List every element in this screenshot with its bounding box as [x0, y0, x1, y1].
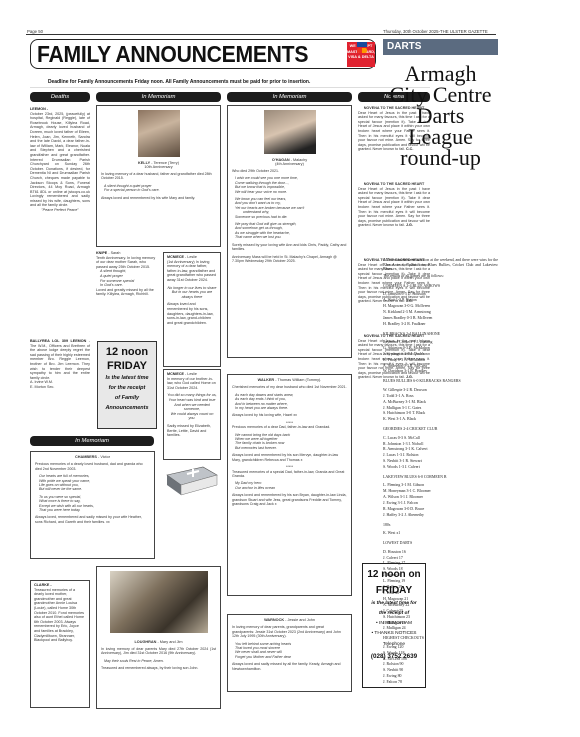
- death-notice-leemon: LEEMON - October 23rd, 2025, (peacefully…: [30, 107, 90, 213]
- notice-verse: May their souls Rest in Peace, Amen.: [101, 659, 216, 663]
- notice-body: - The W.M., Officers and Brethren of the…: [30, 339, 90, 380]
- verse-line: To us you were so special,: [39, 495, 81, 499]
- notice-name: BALLYREA LOL 309 LEEMON: [30, 339, 86, 343]
- notice-body: Tenth Anniversary. In loving memory of o…: [96, 256, 155, 269]
- notice-subname: - Sarah: [108, 251, 120, 255]
- notice-closing: Sorely missed by your loving wife Ann an…: [232, 243, 347, 252]
- verse-line: Your heart was kind and true: [169, 398, 216, 402]
- result-line: J. Falcon 78: [383, 680, 498, 686]
- result-group-title: CORMEEN A 2-4 BLUE ARROWS: [383, 284, 498, 290]
- novena-signature: J.G.: [406, 223, 413, 227]
- result-line: J. Haffey 3-2 J. Abernethy: [383, 513, 498, 519]
- notice-closing: Always loved and remembered by his son M…: [232, 453, 347, 462]
- couple-photo: [110, 571, 208, 633]
- memoriam-mcniece-1: MCNIECE - Leslie (1st Anniversary) In lo…: [163, 252, 221, 367]
- memoriam-warnock: WARNOCK - Jessie and John In loving memo…: [227, 614, 352, 692]
- verse-line: With pride we speak your name,: [39, 479, 90, 483]
- verse-line: But in our hearts you are always there: [172, 290, 212, 299]
- verse-line: You did so many things for us,: [167, 393, 216, 397]
- verse-line: We know you can feel our tears,: [235, 197, 286, 201]
- verse-line: A silent thought,: [100, 269, 126, 273]
- verse-line: My Dad my hero: [235, 481, 261, 485]
- portrait-photo: [138, 110, 180, 157]
- notice-closing: Sadly missed by Elizabeth, Bertie, Letti…: [167, 424, 217, 438]
- result-group-title: LAKEVIEW BLUES 6-0 CORMEEN B: [383, 475, 498, 481]
- verse-line: We pray that God will give us strength,: [235, 222, 296, 226]
- notice-name: LEEMON -: [30, 107, 48, 111]
- verse-line: Yet our hearts are broken because we can…: [235, 206, 304, 210]
- notice-body: October 23rd, 2025, (peacefully) at hosp…: [30, 112, 90, 208]
- memoriam-mcniece-2: MCNIECE - Leslie In memory of our brothe…: [163, 369, 221, 460]
- verse-line: For someone special: [100, 279, 134, 283]
- verse-line: I wish we could see you one more time,: [235, 176, 298, 180]
- memoriam-knipe: KNIPE - Sarah Tenth Anniversary. In lovi…: [96, 251, 156, 297]
- notice-name: CHAMBERS: [75, 455, 97, 459]
- mastercard-icon: [357, 48, 367, 53]
- notice-subname: - Thomas William (Tommy).: [275, 378, 321, 382]
- notice-subname: - Mary and Jim: [157, 640, 182, 644]
- verse-line: Except we wish with all our hearts,: [39, 504, 94, 508]
- result-line: H. Bradley 3-2 R. Faulkner: [383, 322, 498, 328]
- verse-line: understand why,: [235, 210, 269, 214]
- notice-body: In memory of our brother-in-law, who God…: [167, 377, 217, 391]
- result-line: K. West x1: [383, 531, 498, 537]
- notice-closing: Always loved by his loving wife, Hazel x…: [232, 413, 347, 417]
- notice-closing: Treasured and remembered always, by thei…: [101, 666, 216, 670]
- notice-subname: - Leslie: [185, 255, 197, 259]
- verse-line: As each day dawns and starts anew,: [235, 393, 293, 397]
- verse-line: As we struggle with the heartache,: [235, 231, 290, 235]
- visa-icon: [357, 42, 367, 47]
- verse-line: We cannot bring the old days back: [235, 433, 290, 437]
- promo-line: Announcements: [98, 403, 156, 413]
- result-line: S. Woods 1-3 J. Calvert: [383, 465, 498, 471]
- result-group-title: 180s: [383, 523, 498, 529]
- darts-headline: Armagh City Centre Darts League round-up: [383, 63, 498, 168]
- promo-line: 12 noon: [98, 345, 156, 359]
- result-line: K. West 3-1 A. Black: [383, 417, 498, 423]
- verse-line: And somehow get us through,: [235, 226, 283, 230]
- notice-name: KNIPE: [96, 251, 107, 255]
- notice-verse: "Peace Perfect Peace": [30, 208, 90, 213]
- notice-body: In loving memory of dear parents Mary di…: [101, 647, 216, 656]
- verse-line: A silent thought a quiet prayer: [104, 184, 152, 188]
- section-in-memoriam: In Memoriam: [227, 92, 352, 102]
- notice-body: Who died 29th October 2021.: [232, 169, 347, 173]
- verse-line: Come walking through the door...,: [235, 181, 289, 185]
- notice-closing: Loved and greatly missed by all the fami…: [96, 288, 154, 297]
- verse-line: And when we needed someone,: [174, 403, 209, 412]
- section-deaths: Deaths: [30, 92, 90, 102]
- verse-line: As each day ends I think of you,: [235, 397, 286, 401]
- result-group-title: GEORDIES 2-4 CRICKET CLUB: [383, 427, 498, 433]
- verse-line: The family chain is broken now: [235, 441, 284, 445]
- verse-line: Our hearts are full of memories,: [39, 474, 90, 478]
- verse-line: When we were all together: [235, 437, 278, 441]
- notice-subname: - Jessie and John: [285, 618, 315, 622]
- result-line: W. Davidson 3-1 R. Bradley: [383, 369, 498, 375]
- notice-body: Cherished memories of my dear husband wh…: [232, 385, 347, 389]
- result-line: J. Mulligan 24: [383, 626, 498, 632]
- verse-line: Our anchor in lifes ocean: [235, 486, 275, 490]
- promo-line: Is the latest time: [98, 373, 156, 383]
- notice-subname: - Leslie: [185, 372, 197, 376]
- memoriam-loughran: LOUGHRAN - Mary and Jim In loving memory…: [96, 566, 221, 709]
- card-logos: [357, 42, 367, 58]
- notice-body: Treasured memories of a dearly loved mot…: [34, 588, 84, 643]
- verse-line: For a special person in God's care.: [104, 188, 160, 192]
- verse-line: In God's care.: [100, 283, 123, 287]
- memoriam-walker: WALKER - Thomas William (Tommy). Cherish…: [227, 374, 352, 596]
- promo-line: for the receipt: [98, 383, 156, 393]
- header-rule: [26, 34, 496, 35]
- verse-line: In my heart you are always there.: [235, 406, 288, 410]
- verse-line: But we know that is impossible,: [235, 185, 285, 189]
- notice-body: (1st Anniversary) In loving memory of a …: [167, 260, 217, 283]
- result-group-title: BLUES BULLIES 6-0 KILBRACKS RANGERS: [383, 379, 498, 385]
- verse-line: A quiet prayer: [100, 274, 123, 278]
- verse-line: What more is there to say,: [39, 499, 81, 503]
- notice-closing: Always loved and remembered by his sons,…: [167, 302, 217, 325]
- darts-article: ALL ten teams were in action at the week…: [383, 258, 498, 686]
- result-group-title: KILBRACKS 2-4 BALLINAHONE: [383, 332, 498, 338]
- notice-body: Precious memories of a dear Dad, father-…: [232, 425, 347, 429]
- notice-closing: Always loved, remembered and sadly misse…: [35, 515, 150, 524]
- verse-line: We never shall and never will: [235, 650, 282, 654]
- deadline-promo-box: 12 noon FRIDAY Is the latest time for th…: [97, 341, 157, 429]
- section-in-memoriam: In Memoriam: [30, 436, 154, 446]
- result-group-title: HIGHEST CHECKOUTS: [383, 636, 498, 642]
- page-title: FAMILY ANNOUNCEMENTS: [37, 40, 308, 68]
- verse-line: But will never be the same.: [39, 487, 82, 491]
- notice-name: MCNIECE: [167, 372, 184, 376]
- anniversary-mass: Anniversary Mass will be held in St. Mal…: [232, 255, 347, 264]
- verse-line: Someone so precious had to die.: [235, 215, 288, 219]
- notice-name: WARNOCK: [264, 618, 284, 622]
- verse-line: That came when we lost you.: [235, 235, 282, 239]
- notice-body: Treasured memories of a special Dad, fat…: [232, 470, 347, 479]
- article-intro: The results of all games are as follows:: [383, 274, 498, 280]
- memoriam-chambers: CHAMBERS - Victor Precious memories of a…: [30, 451, 155, 559]
- verse-line: Forget you Mother and Father dear: [235, 655, 291, 659]
- verse-line: And in between no matter where,: [235, 402, 288, 406]
- verse-line: But memories last forever.: [235, 446, 277, 450]
- memoriam-clarke: CLARKE - Treasured memories of a dearly …: [30, 580, 90, 708]
- verse-line: That loved you most sincere: [235, 646, 280, 650]
- novena-item: NOVENA TO THE SACRED HEART Dear Heart of…: [358, 182, 430, 254]
- verse-line: Life goes on without you,: [39, 483, 79, 487]
- notice-body: In loving memory of a dear husband, fath…: [101, 172, 216, 181]
- notice-closing: Always loved and remembered by his wife …: [101, 196, 216, 200]
- signature: E. Morton Sec.: [30, 385, 90, 390]
- result-group-title: LOWEST DARTS: [383, 541, 498, 547]
- article-intro: ALL ten teams were in action at the week…: [383, 258, 498, 272]
- verse-line: And you don't want us to cry,: [235, 201, 281, 205]
- memoriam-kelly: KELLY - Terence (Terry) 10th Anniversary…: [96, 105, 221, 247]
- results-list: CORMEEN A 2-4 BLUE ARROWSD. Jamison 6-3 …: [383, 284, 498, 686]
- notice-body: Precious memories of a dearly loved husb…: [35, 462, 150, 471]
- notice-name: WALKER: [258, 378, 274, 382]
- memoriam-ohagan: O'HAGAN - Malachy (4th Anniversary) Who …: [227, 105, 352, 358]
- verse-line: That you were here today.: [39, 508, 80, 512]
- notice-body: In loving memory of dear parents, grandp…: [232, 625, 347, 638]
- verse-line: You left behind some aching hearts: [235, 642, 291, 646]
- death-notice-lodge: BALLYREA LOL 309 LEEMON - The W.M., Offi…: [30, 339, 90, 390]
- divider: [30, 87, 430, 88]
- verse-line: We will hear your voice no more.: [235, 190, 287, 194]
- section-in-memoriam: In Memoriam: [96, 92, 221, 102]
- section-darts: DARTS: [383, 39, 498, 55]
- notice-subname: - Victor: [98, 455, 110, 459]
- notice-closing: Always loved and remembered by his son B…: [232, 493, 347, 506]
- notice-name: LOUGHRAN: [134, 640, 156, 644]
- portrait-photo: [264, 110, 316, 154]
- promo-line: FRIDAY: [98, 359, 156, 373]
- verse-line: No longer in our lives to share: [168, 286, 217, 290]
- promo-line: of Family: [98, 393, 156, 403]
- novena-body: Dear Heart of Jesus in the past I have a…: [358, 187, 430, 228]
- notice-name: CLARKE -: [34, 583, 52, 587]
- deadline-notice: Deadline for Family Announcements Friday…: [48, 79, 310, 85]
- verse-line: We could always count on you.: [171, 412, 214, 421]
- notice-closing: Always loved and sadly missed by all the…: [232, 662, 347, 671]
- notice-name: MCNIECE: [167, 255, 184, 259]
- bible-icon: [163, 465, 220, 497]
